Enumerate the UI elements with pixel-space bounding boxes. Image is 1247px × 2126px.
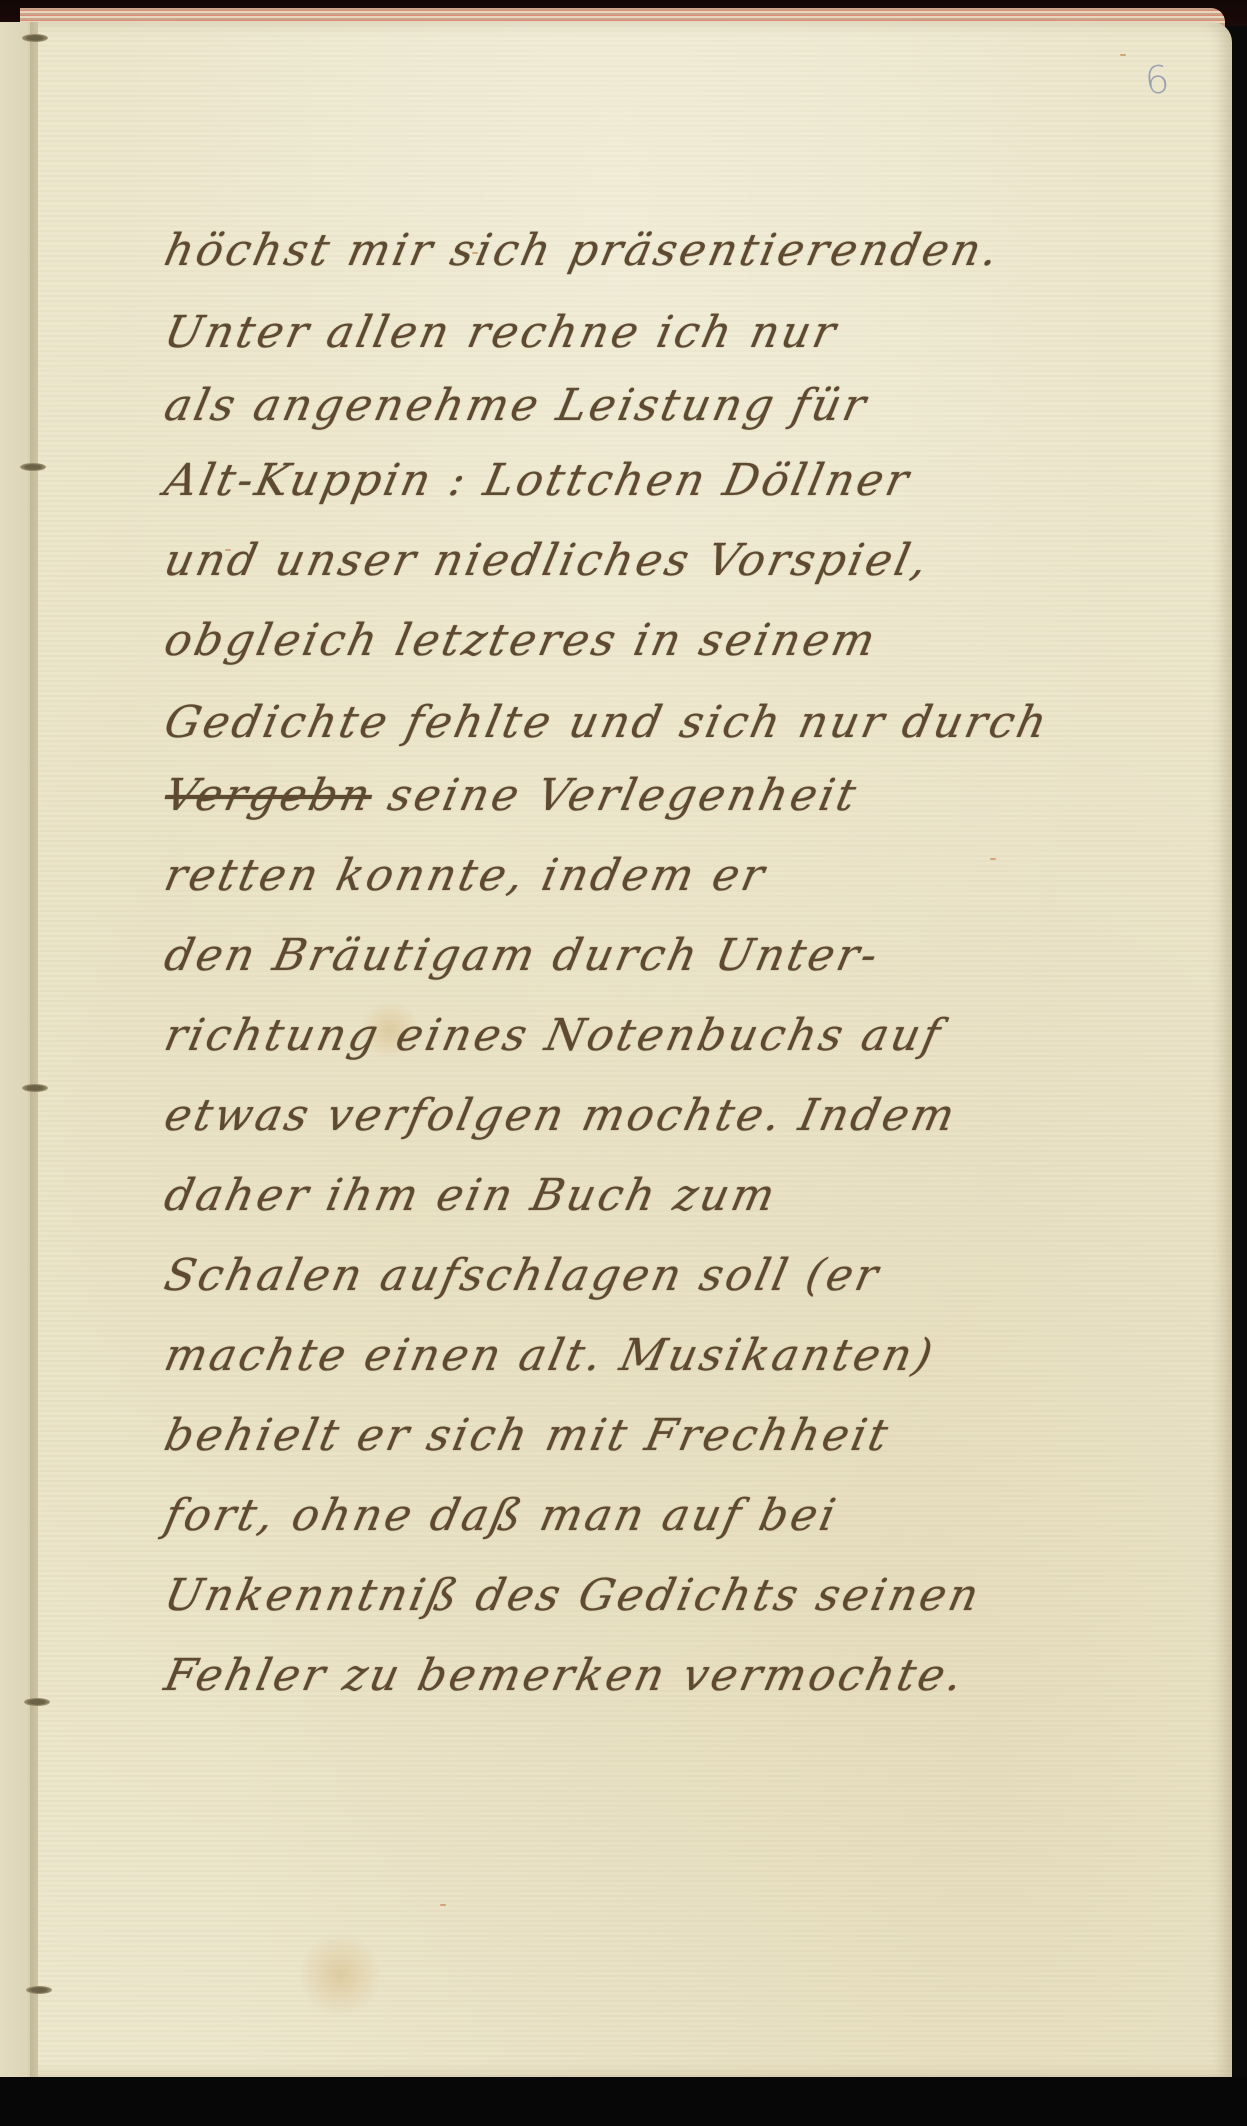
paper-stain	[300, 1930, 380, 2020]
text-line: und unser niedliches Vorspiel,	[160, 535, 935, 586]
text-line: Schalen aufschlagen soll (er	[160, 1250, 885, 1301]
text-line-with-strikeout: Vergebn seine Verlegenheit	[160, 770, 863, 821]
text-line: machte einen alt. Musikanten)	[160, 1330, 940, 1381]
text-line: den Bräutigam durch Unter-	[160, 930, 885, 981]
binding-stitch	[26, 1986, 52, 1994]
text-line: Gedichte fehlte und sich nur durch	[160, 697, 1054, 748]
paper-speck	[1120, 54, 1126, 56]
text-line: Alt-Kuppin : Lottchen Döllner	[160, 455, 916, 506]
binding-stitch	[22, 34, 48, 42]
text-line: daher ihm ein Buch zum	[160, 1170, 782, 1221]
folio-number: 6	[1143, 57, 1172, 103]
text-line: obgleich letzteres in seinem	[160, 615, 882, 666]
text-line: behielt er sich mit Frechheit	[160, 1410, 895, 1461]
text-line: höchst mir sich präsentierenden.	[160, 225, 1005, 276]
line-text: seine Verlegenheit	[384, 770, 863, 821]
text-line: Unter allen rechne ich nur	[160, 307, 843, 358]
binding-stitch	[24, 1698, 50, 1706]
text-line: etwas verfolgen mochte. Indem	[160, 1090, 962, 1141]
paper-speck	[990, 858, 996, 860]
book-bottom-edge	[0, 2077, 1247, 2126]
text-line: retten konnte, indem er	[160, 850, 772, 901]
text-line: fort, ohne daß man auf bei	[160, 1490, 843, 1541]
text-line: Unkenntniß des Gedichts seinen	[160, 1570, 986, 1621]
binding-stitch	[22, 1084, 48, 1092]
binding-stitch	[20, 463, 46, 471]
text-line: als angenehme Leistung für	[160, 380, 873, 431]
gutter-fold	[30, 22, 36, 2077]
paper-speck	[440, 1904, 446, 1906]
text-line: Fehler zu bemerken vermochte.	[160, 1650, 970, 1701]
text-line: richtung eines Notenbuchs auf	[160, 1010, 947, 1061]
struck-word: Vergebn	[160, 770, 377, 821]
